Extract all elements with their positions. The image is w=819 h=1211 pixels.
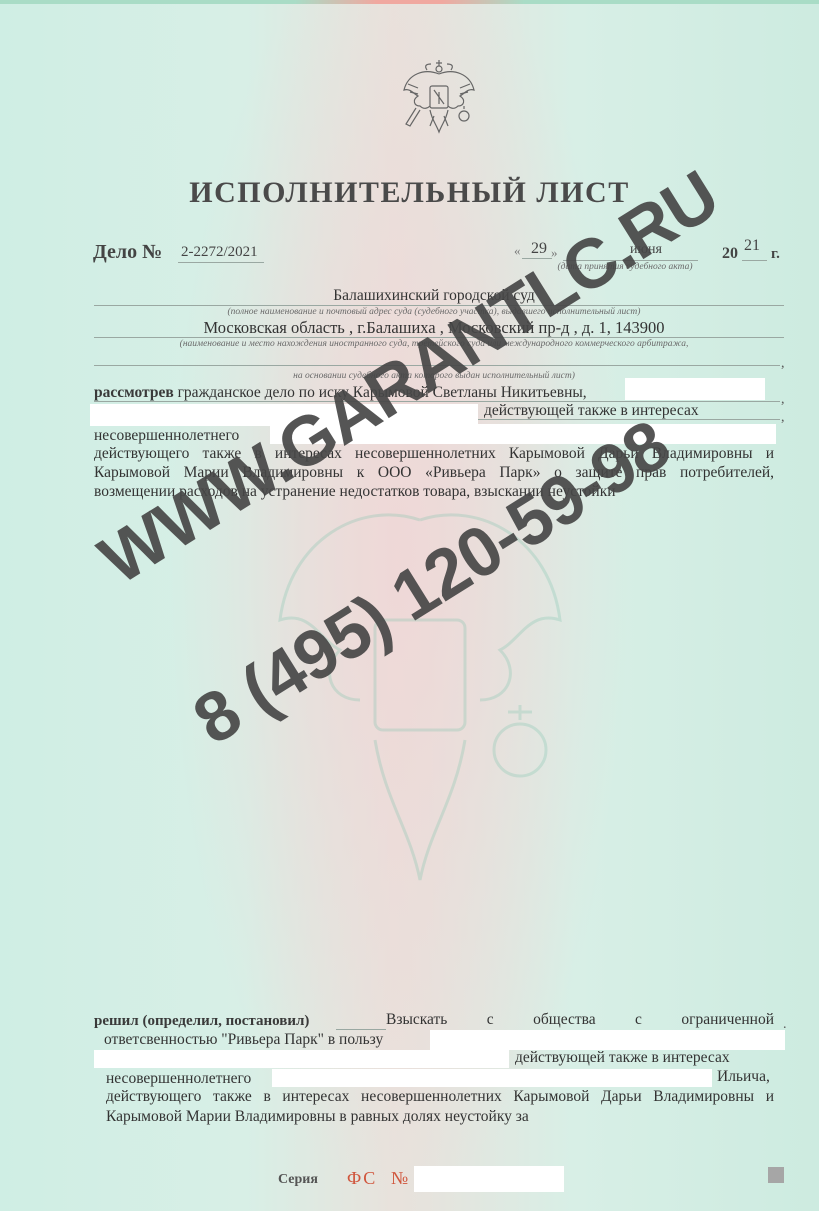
decided-text-4-end: Ильича, [717,1068,770,1086]
redaction-box [625,378,765,400]
redaction-box [272,1069,712,1087]
series-value: ФС [347,1168,377,1189]
date-year-unit: г. [771,246,780,263]
decided-text-5: действующего также в интересах несоверше… [106,1088,774,1106]
date-year-underline [742,260,767,261]
decided-text-6: Карымовой Марии Владимировны в равных до… [106,1108,529,1126]
redaction-box [414,1166,564,1192]
redaction-box [94,1050,509,1068]
case-number-underline [178,262,264,263]
considered-text-2: действующей также в интересах [484,402,699,420]
decided-text-4-start: несовершеннолетнего [106,1070,251,1088]
comma: , [781,392,785,408]
decided-lead-underline [336,1029,386,1030]
court-name-underline [94,305,784,306]
date-open-quote: « [514,243,521,259]
comma: , [781,410,785,426]
decided-lead: решил (определил, постановил) [94,1013,309,1030]
considered-text-3: несовершеннолетнего [94,427,239,445]
russian-coat-of-arms-icon [394,54,484,144]
redaction-box [430,1030,785,1050]
series-number-sign: № [391,1168,408,1189]
top-border-band [0,0,819,4]
decided-text-2: ответсвенностью "Ривьера Парк" в пользу [104,1031,383,1049]
court-name: Балашихинский городской суд [94,287,774,305]
considered-lead: рассмотрев [94,384,174,401]
decided-text-1: Взыскать с общества с ограниченной [386,1011,774,1029]
corner-marker [768,1167,784,1183]
case-number: 2-2272/2021 [181,244,258,261]
case-label: Дело № [93,241,162,264]
date-year-suffix: 21 [744,237,760,255]
series-label: Серия [278,1172,318,1188]
date-year-prefix: 20 [722,245,738,263]
comma: , [781,356,785,372]
decided-text-3: действующей также в интересах [515,1049,730,1067]
